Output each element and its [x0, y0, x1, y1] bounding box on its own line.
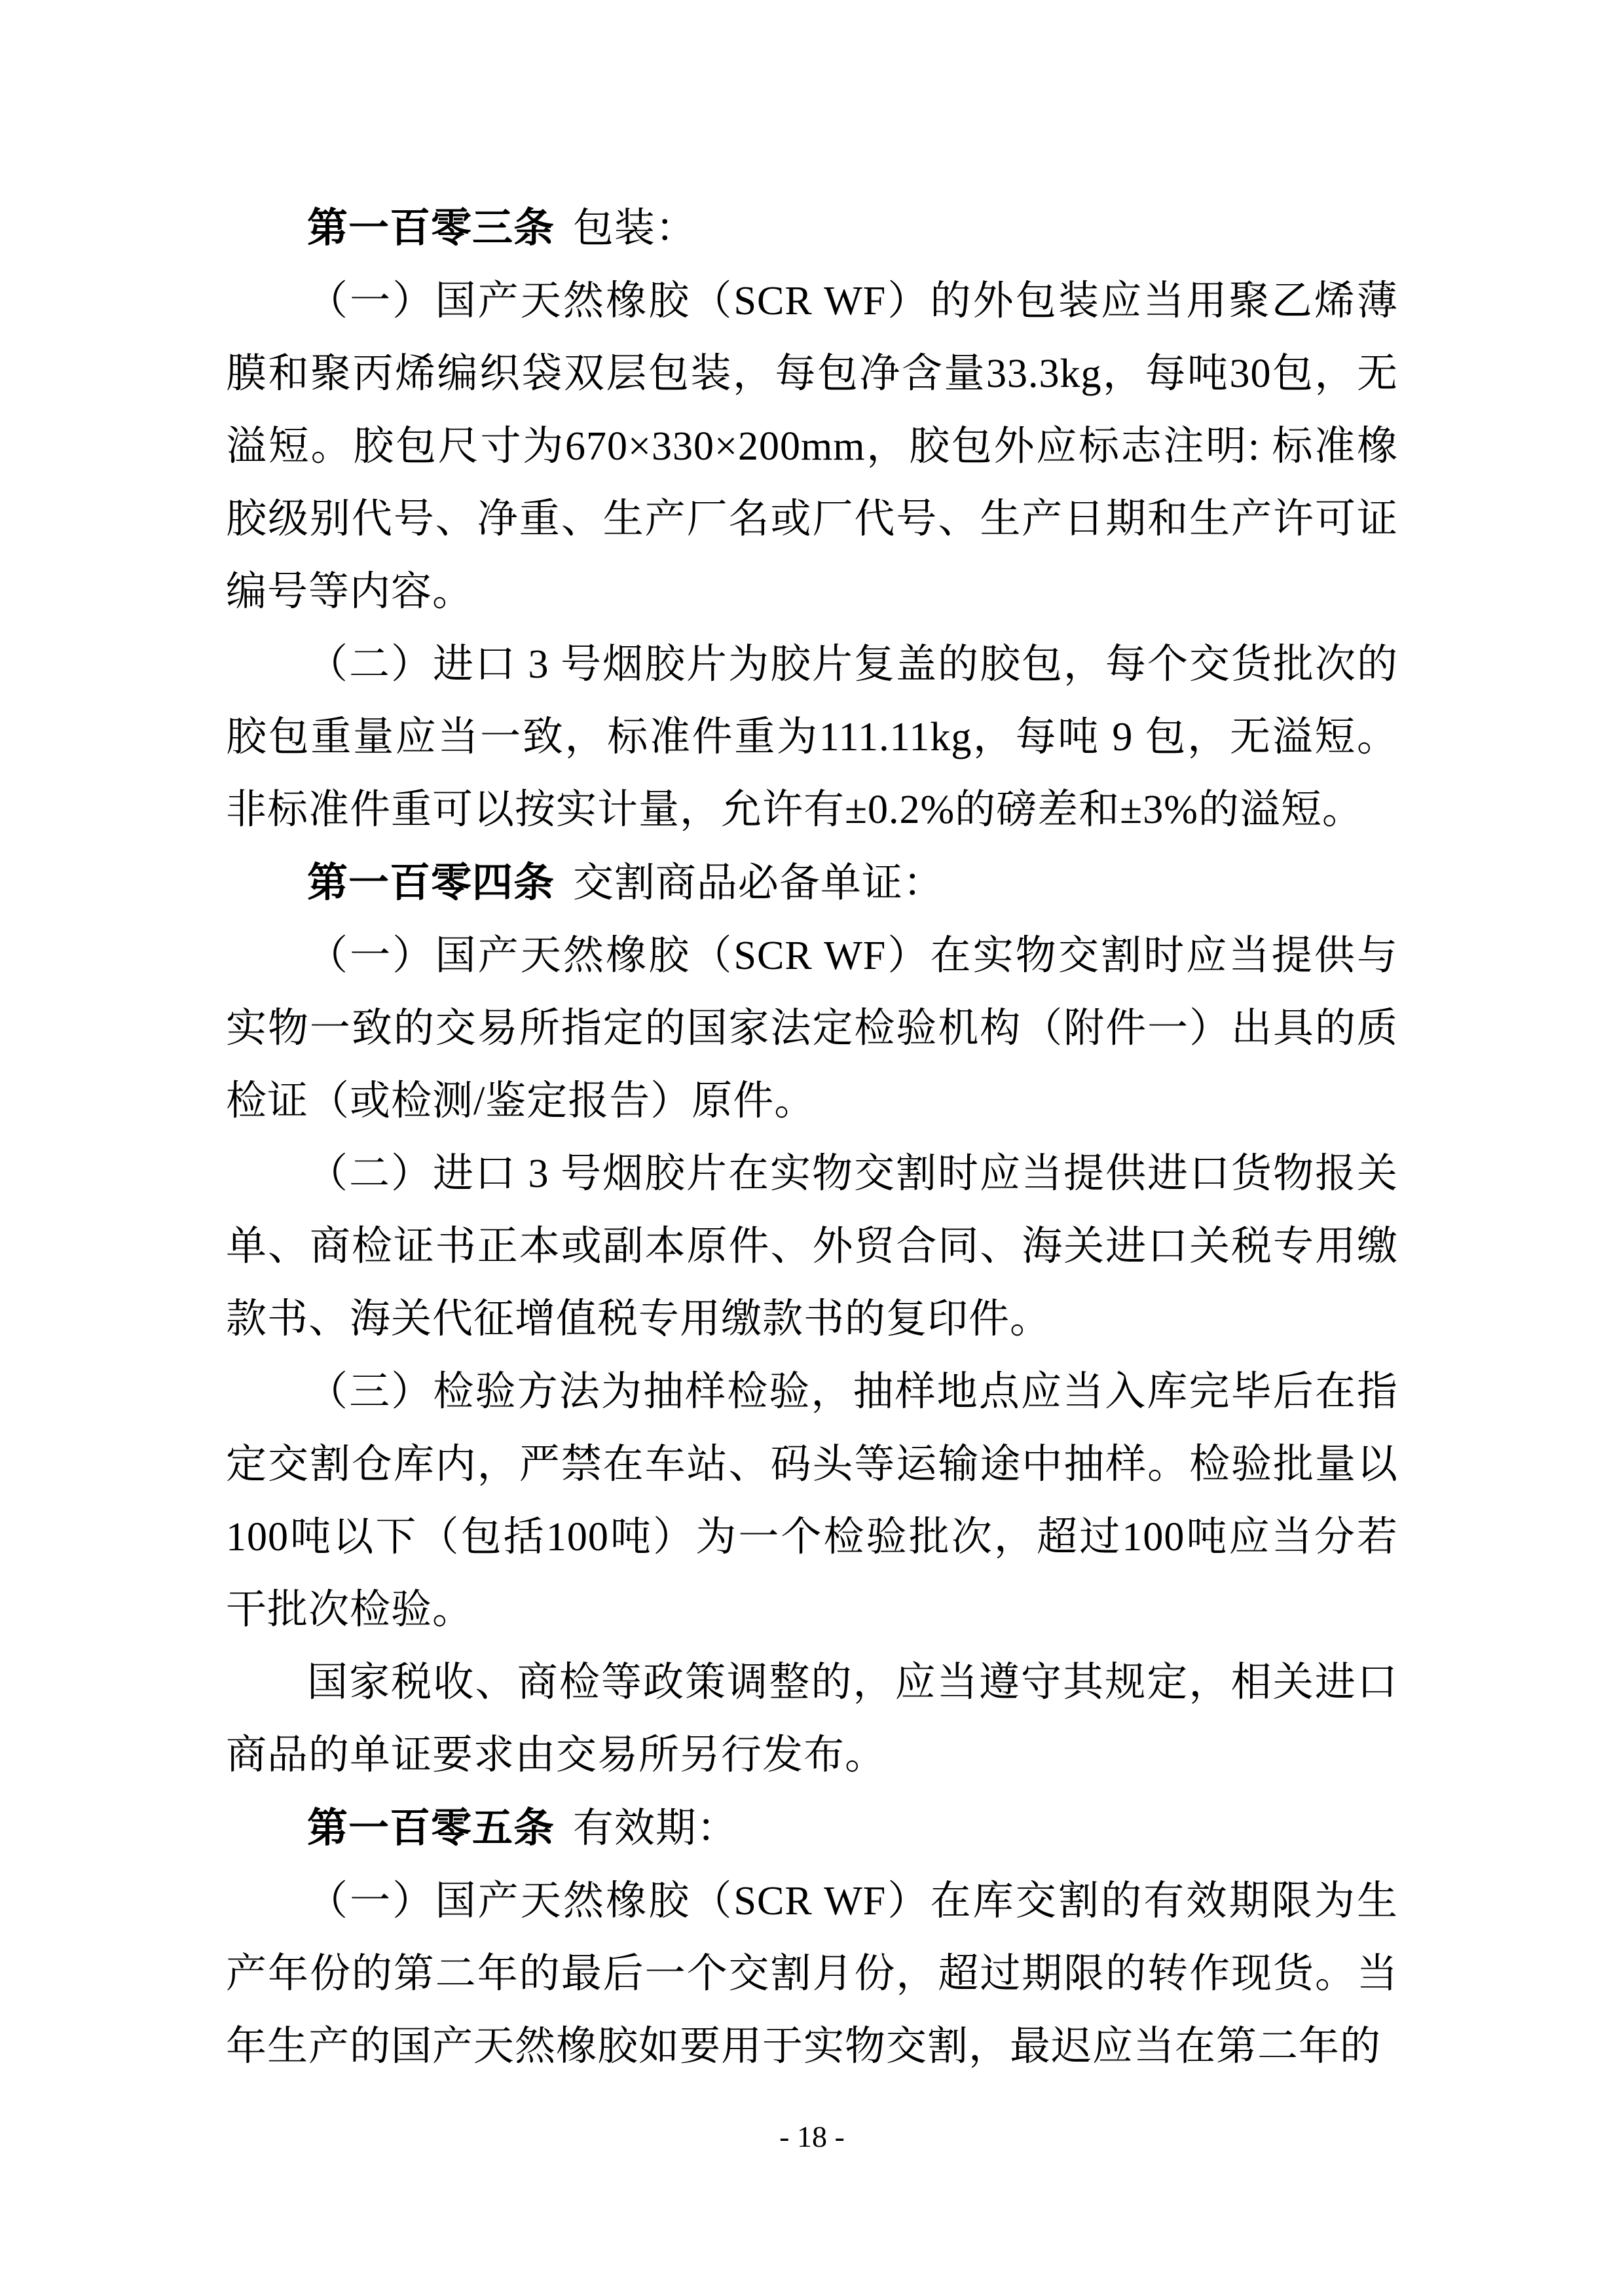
page-number: - 18 - — [0, 2121, 1624, 2153]
paragraph-103-item-2: （二）进口 3 号烟胶片为胶片复盖的胶包，每个交货批次的胶包重量应当一致，标准件… — [226, 629, 1398, 847]
article-title: 包装： — [573, 206, 697, 251]
paragraph-104-item-2: （二）进口 3 号烟胶片在实物交割时应当提供进口货物报关单、商检证书正本或副本原… — [226, 1138, 1398, 1356]
article-heading-103: 第一百零三条包装： — [226, 192, 1398, 265]
article-number: 第一百零五条 — [307, 1806, 555, 1851]
paragraph-105-item-1: （一）国产天然橡胶（SCR WF）在库交割的有效期限为生产年份的第二年的最后一个… — [226, 1865, 1398, 2083]
article-heading-104: 第一百零四条交割商品必备单证： — [226, 847, 1398, 920]
article-title: 交割商品必备单证： — [573, 861, 944, 905]
paragraph-104-item-1: （一）国产天然橡胶（SCR WF）在实物交割时应当提供与实物一致的交易所指定的国… — [226, 920, 1398, 1138]
document-page: 第一百零三条包装： （一）国产天然橡胶（SCR WF）的外包装应当用聚乙烯薄膜和… — [0, 0, 1624, 2296]
paragraph-104-item-3: （三）检验方法为抽样检验，抽样地点应当入库完毕后在指定交割仓库内，严禁在车站、码… — [226, 1356, 1398, 1647]
paragraph-104-note: 国家税收、商检等政策调整的，应当遵守其规定，相关进口商品的单证要求由交易所另行发… — [226, 1647, 1398, 1792]
article-heading-105: 第一百零五条有效期： — [226, 1792, 1398, 1865]
article-number: 第一百零四条 — [307, 860, 555, 905]
article-number: 第一百零三条 — [307, 206, 555, 251]
article-title: 有效期： — [573, 1806, 738, 1851]
paragraph-103-item-1: （一）国产天然橡胶（SCR WF）的外包装应当用聚乙烯薄膜和聚丙烯编织袋双层包装… — [226, 265, 1398, 629]
